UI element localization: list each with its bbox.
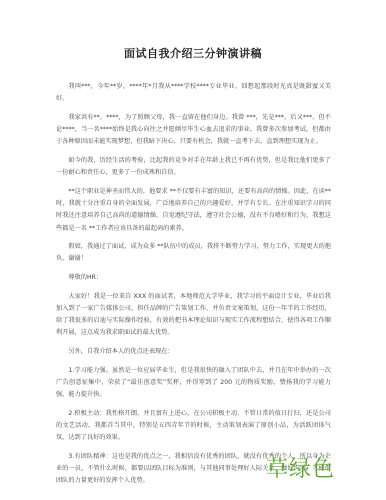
paragraph-intro: 我叫***，今年**岁，****年*月我从****学校****专业毕业。回想起那… bbox=[56, 81, 331, 105]
document-page: 面试自我介绍三分钟演讲稿 我叫***，今年**岁，****年*月我从****学校… bbox=[0, 0, 386, 500]
paragraph-strength-2: 2.积极主动：我性格开朗，并且富有上进心，在公司积极主动，不管日常的值日打扫，还… bbox=[56, 408, 331, 445]
paragraph-now: 如今的我，历经生活的考验，比起我的竞争对手在年龄上我已不再有优势，但是我比他们更… bbox=[56, 155, 331, 179]
watermark-text: 草绿色 bbox=[266, 452, 335, 483]
paragraph-hello: 大家好！我是一位来自 XXX 的面试者，本地师范大学毕业，我学习的平面设计专业，… bbox=[56, 291, 331, 340]
document-title: 面试自我介绍三分钟演讲稿 bbox=[0, 45, 386, 61]
paragraph-strength-1: 1.学习能力强。虽然是一位应届毕业生，但是我很快的融入了团队中去，并且在年中举办… bbox=[56, 365, 331, 402]
paragraph-strengths-intro: 另外，自我介绍本人的优点还表现在： bbox=[56, 346, 331, 358]
document-body: 我叫***，今年**岁，****年*月我从****学校****专业毕业。回想起那… bbox=[56, 81, 331, 494]
paragraph-closing: 假如，我通过了面试，成为众多 **队伍中的成员，我将不断努力学习，努力工作，实现… bbox=[56, 241, 331, 265]
paragraph-profession: **这个职业是神圣而伟大的，他要求 **不仅要有丰富的知识，还要有高尚的情操。因… bbox=[56, 186, 331, 235]
paragraph-family: 我家共有**，****，为了照顾父母，我一直留在他们身边。我曾 ***，先是**… bbox=[56, 112, 331, 149]
paragraph-salutation: 尊敬的HR： bbox=[56, 272, 331, 284]
